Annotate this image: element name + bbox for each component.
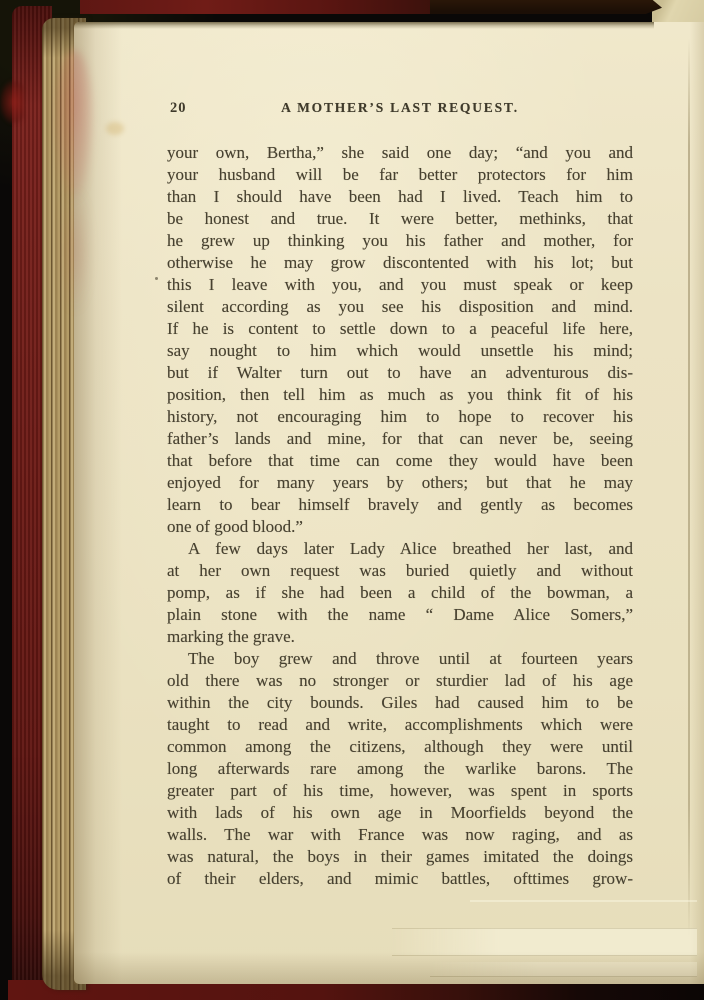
text-line: If he is content to settle down to a pea… — [167, 318, 633, 340]
text-block: your own, Bertha,” she said one day; “an… — [167, 142, 633, 890]
text-line: your own, Bertha,” she said one day; “an… — [167, 142, 633, 164]
text-line: plain stone with the name “ Dame Alice S… — [167, 604, 633, 626]
text-line: this I leave with you, and you must spea… — [167, 274, 633, 296]
book-cover-fray — [0, 80, 24, 124]
text-line: position, then tell him as much as you t… — [167, 384, 633, 406]
text-line: silent according as you see his disposit… — [167, 296, 633, 318]
pink-dye-stain-faint — [60, 185, 90, 315]
text-line: The boy grew and throve until at fourtee… — [167, 648, 633, 670]
text-line: long afterwards rare among the warlike b… — [167, 758, 633, 780]
text-line: that before that time can come they woul… — [167, 450, 633, 472]
ink-speck — [155, 277, 158, 280]
text-line: walls. The war with France was now ragin… — [167, 824, 633, 846]
book-cover-top-shadow — [430, 0, 662, 14]
text-line: pomp, as if she had been a child of the … — [167, 582, 633, 604]
text-line: learn to bear himself bravely and gently… — [167, 494, 633, 516]
text-line: than I should have been had I lived. Tea… — [167, 186, 633, 208]
text-line: but if Walter turn out to have an advent… — [167, 362, 633, 384]
text-line: marking the grave. — [167, 626, 633, 648]
text-line: greater part of his time, however, was s… — [167, 780, 633, 802]
underpage-corner — [652, 0, 704, 22]
text-line: one of good blood.” — [167, 516, 633, 538]
text-line: say nought to him which would unsettle h… — [167, 340, 633, 362]
header-title: A MOTHER’S LAST REQUEST. — [167, 100, 633, 116]
text-line: otherwise he may grow discontented with … — [167, 252, 633, 274]
text-line: at her own request was buried quietly an… — [167, 560, 633, 582]
scanned-book-photo: 20 A MOTHER’S LAST REQUEST. your own, Be… — [0, 0, 704, 1000]
text-line: A few days later Lady Alice breathed her… — [167, 538, 633, 560]
page-number: 20 — [170, 100, 187, 117]
text-line: with lads of his own age in Moorfields b… — [167, 802, 633, 824]
right-edge-shade — [690, 22, 704, 984]
text-line: within the city bounds. Giles had caused… — [167, 692, 633, 714]
running-header-row: 20 A MOTHER’S LAST REQUEST. — [167, 100, 633, 118]
text-line: old there was no stronger or sturdier la… — [167, 670, 633, 692]
text-line: common among the citizens, although they… — [167, 736, 633, 758]
text-line: enjoyed for many years by others; but th… — [167, 472, 633, 494]
text-line: your husband will be far better protecto… — [167, 164, 633, 186]
book-cover-top-edge — [80, 0, 438, 14]
text-line: taught to read and write, accomplishment… — [167, 714, 633, 736]
text-line: he grew up thinking you his father and m… — [167, 230, 633, 252]
text-line: father’s lands and mine, for that can ne… — [167, 428, 633, 450]
text-line: was natural, the boys in their games imi… — [167, 846, 633, 868]
text-line: of their elders, and mimic battles, oftt… — [167, 868, 633, 890]
page-edge-streak — [470, 900, 697, 902]
text-line: be honest and true. It were better, meth… — [167, 208, 633, 230]
text-line: history, not encouraging him to hope to … — [167, 406, 633, 428]
foxing-spot — [106, 122, 124, 135]
pink-dye-stain — [54, 50, 94, 200]
page-bottom-shade — [74, 952, 704, 984]
